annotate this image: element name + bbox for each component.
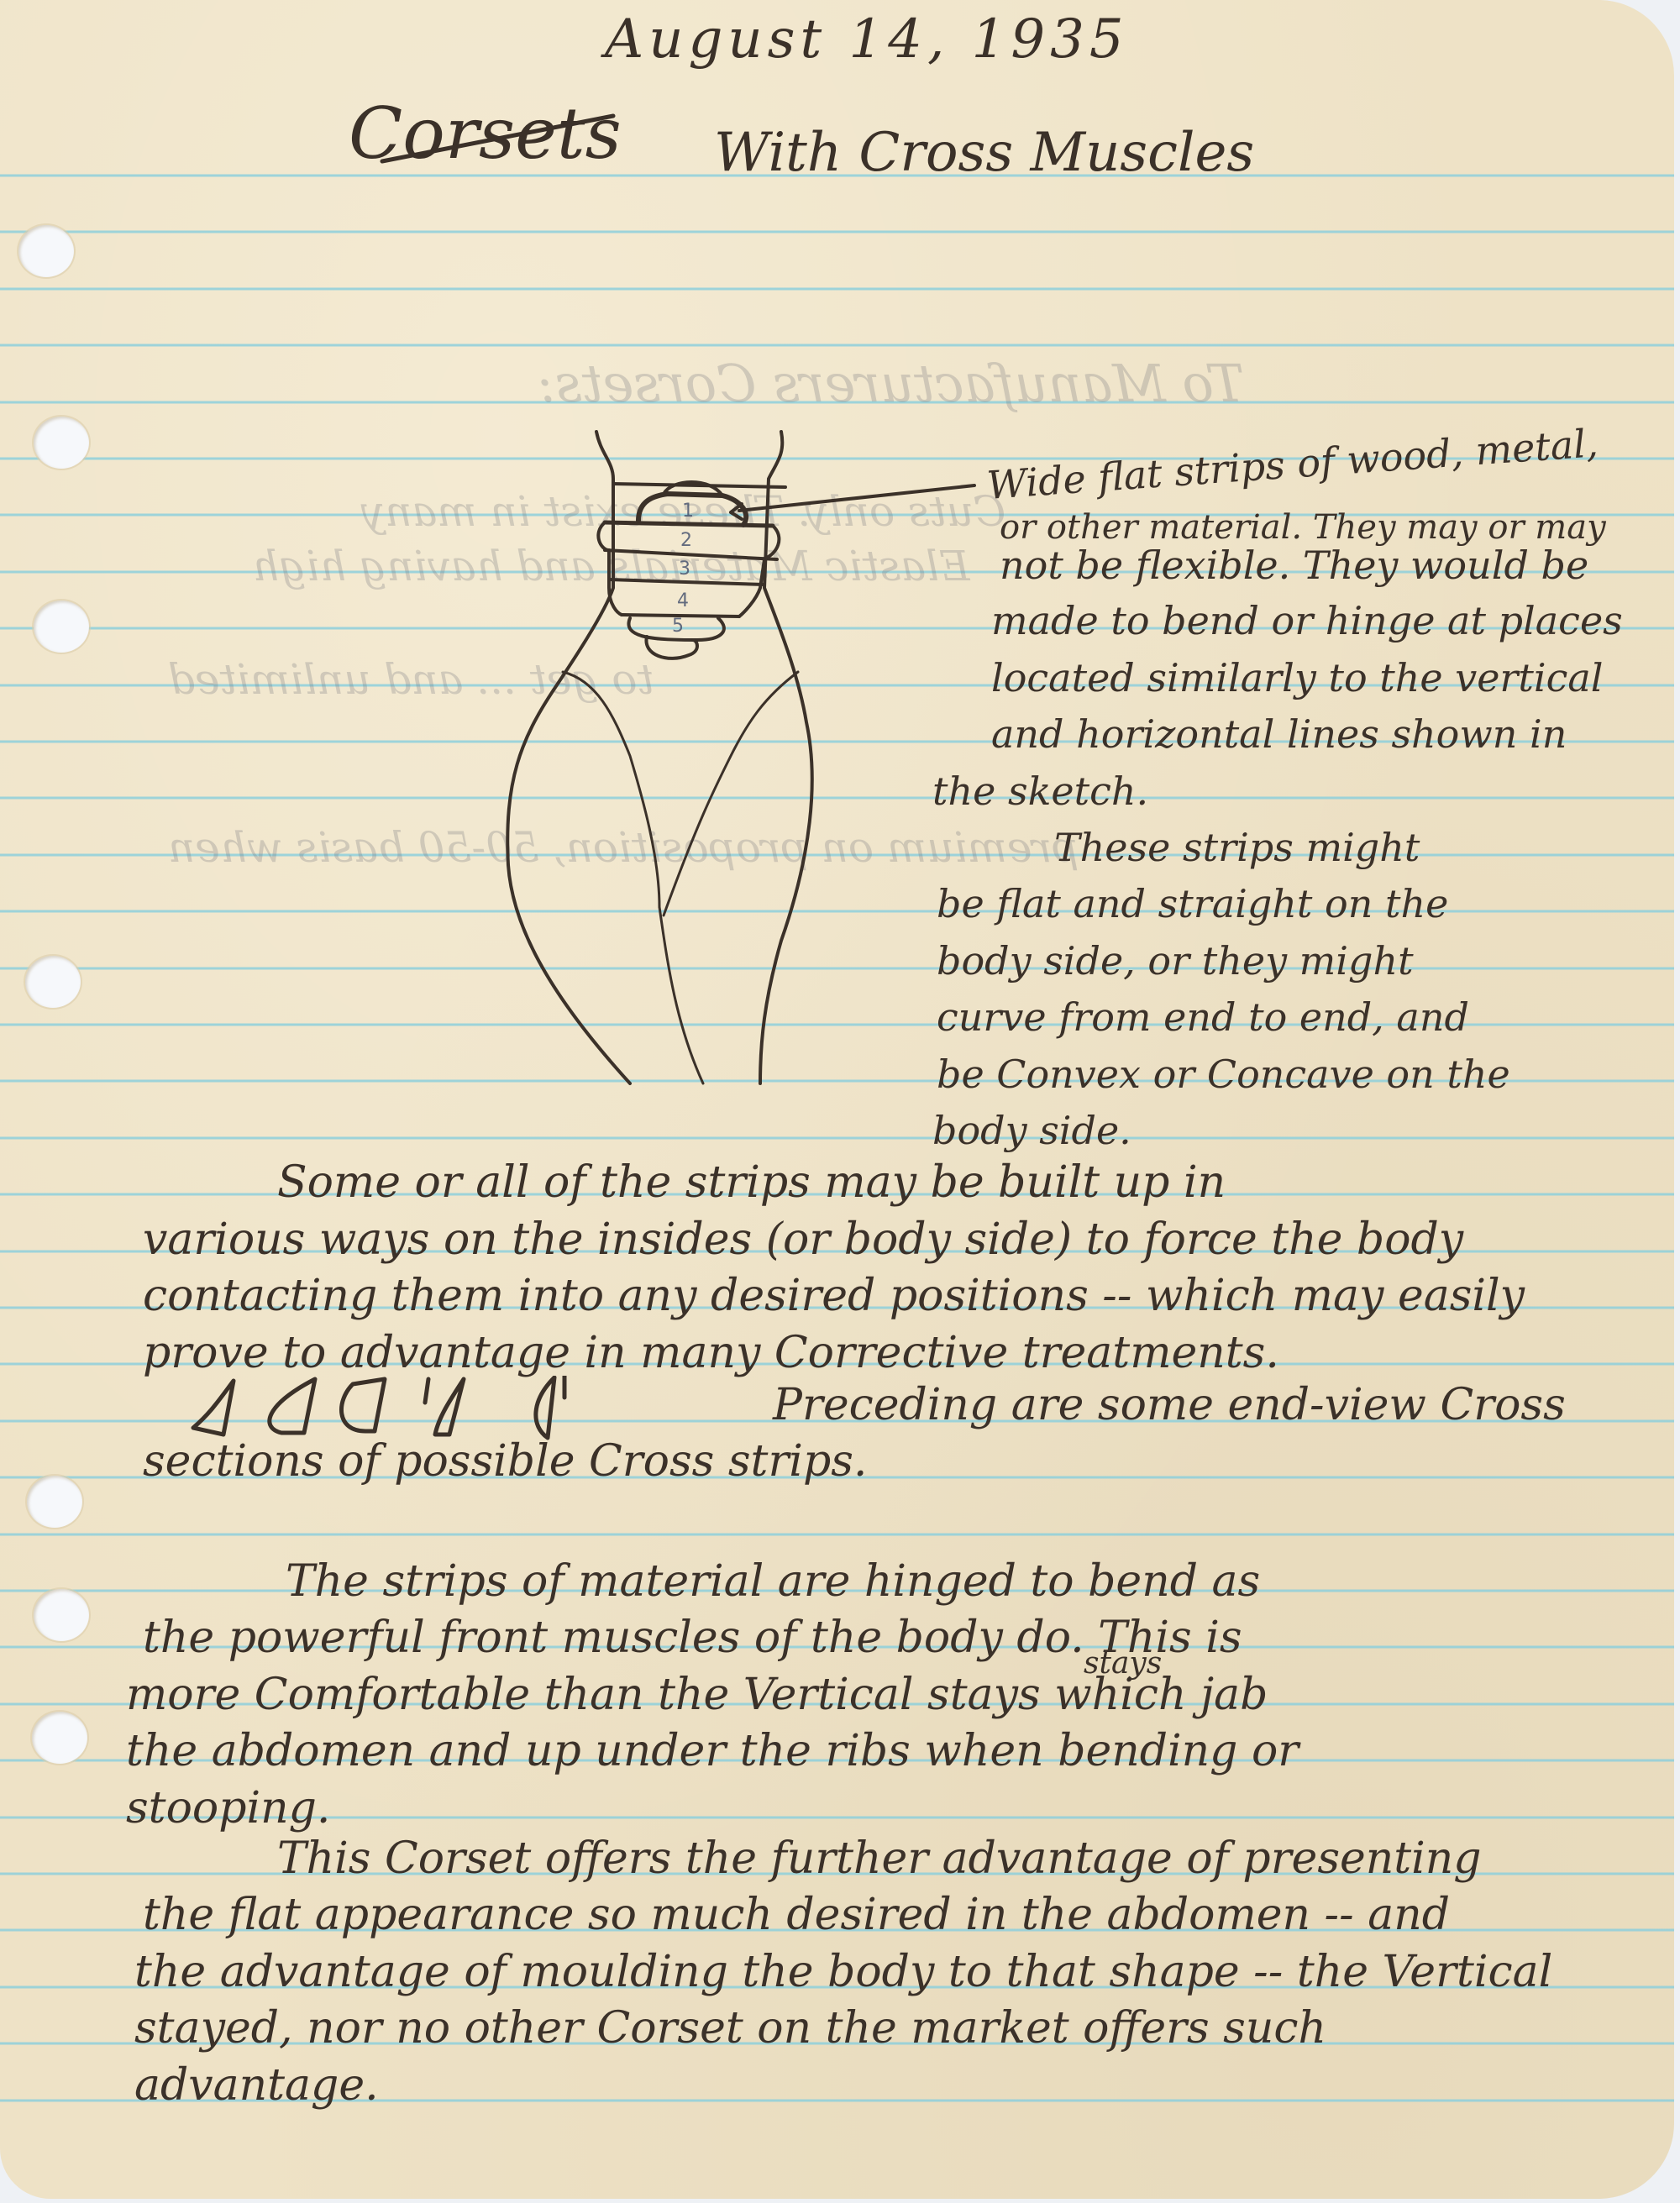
title-strike-mark [378,101,630,168]
cross-section-shapes [168,1376,706,1443]
body-line: the advantage of moulding the body to th… [134,1944,1552,2001]
body-line: stooping. [126,1781,330,1837]
binder-hole [32,1712,87,1764]
bleed-through-line: To Manufacturers Corsets: [538,353,1244,414]
note-line: located similarly to the vertical [991,650,1604,706]
note-line: These strips might [1054,820,1420,876]
cross-section-rounded-triangle [270,1379,315,1433]
note-line: the sketch. [932,763,1148,820]
cross-section-half-round [341,1379,385,1431]
body-line: the abdomen and up under the ribs when b… [126,1723,1299,1780]
cross-section-caption: Preceding are some end-view Cross [773,1377,1566,1434]
page-date: August 14, 1935 [605,8,1129,71]
cross-section-caption: sections of possible Cross strips. [143,1434,867,1490]
body-line: The strips of material are hinged to ben… [286,1554,1260,1610]
note-line: body side, or they might [937,933,1414,989]
cross-section-narrow-wedge [425,1379,464,1435]
body-line: stayed, nor no other Corset on the marke… [134,2001,1326,2057]
strip-label: 3 [679,559,690,580]
body-line: Some or all of the strips may be built u… [277,1155,1226,1211]
body-line: contacting them into any desired positio… [143,1268,1525,1324]
cross-section-slim-wedge [536,1376,564,1438]
binder-hole [27,1476,82,1528]
insertion-word: stays [1084,1646,1162,1681]
strip-label: 2 [680,530,692,551]
cross-section-triangle [193,1381,234,1435]
corset-sketch: 1 2 3 4 5 [487,420,991,1092]
page-subtitle: With Cross Muscles [714,122,1254,184]
note-line: made to bend or hinge at places [991,593,1623,649]
note-line: and horizontal lines shown in [991,706,1567,763]
note-line: curve from end to end, and [937,989,1469,1046]
strip-label: 4 [677,590,689,611]
note-line: body side. [932,1103,1131,1159]
body-line: prove to advantage in many Corrective tr… [143,1325,1279,1382]
note-line: be Convex or Concave on the [937,1046,1510,1103]
binder-hole [34,1589,89,1641]
notebook-page: To Manufacturers Corsets: Cuts only. The… [0,0,1674,2199]
strip-label: 5 [672,616,684,637]
binder-hole [25,956,81,1008]
note-line: be flat and straight on the [937,876,1448,932]
binder-hole [18,225,74,277]
body-line: the powerful front muscles of the body d… [143,1610,1242,1666]
binder-hole [34,417,89,469]
body-line: various ways on the insides (or body sid… [143,1212,1463,1268]
body-line: advantage. [134,2058,379,2114]
strip-label: 1 [682,501,694,522]
body-line: the flat appearance so much desired in t… [143,1887,1450,1943]
body-line: This Corset offers the further advantage… [277,1831,1482,1887]
note-line: not be flexible. They would be [1000,538,1588,594]
binder-hole [34,601,89,653]
